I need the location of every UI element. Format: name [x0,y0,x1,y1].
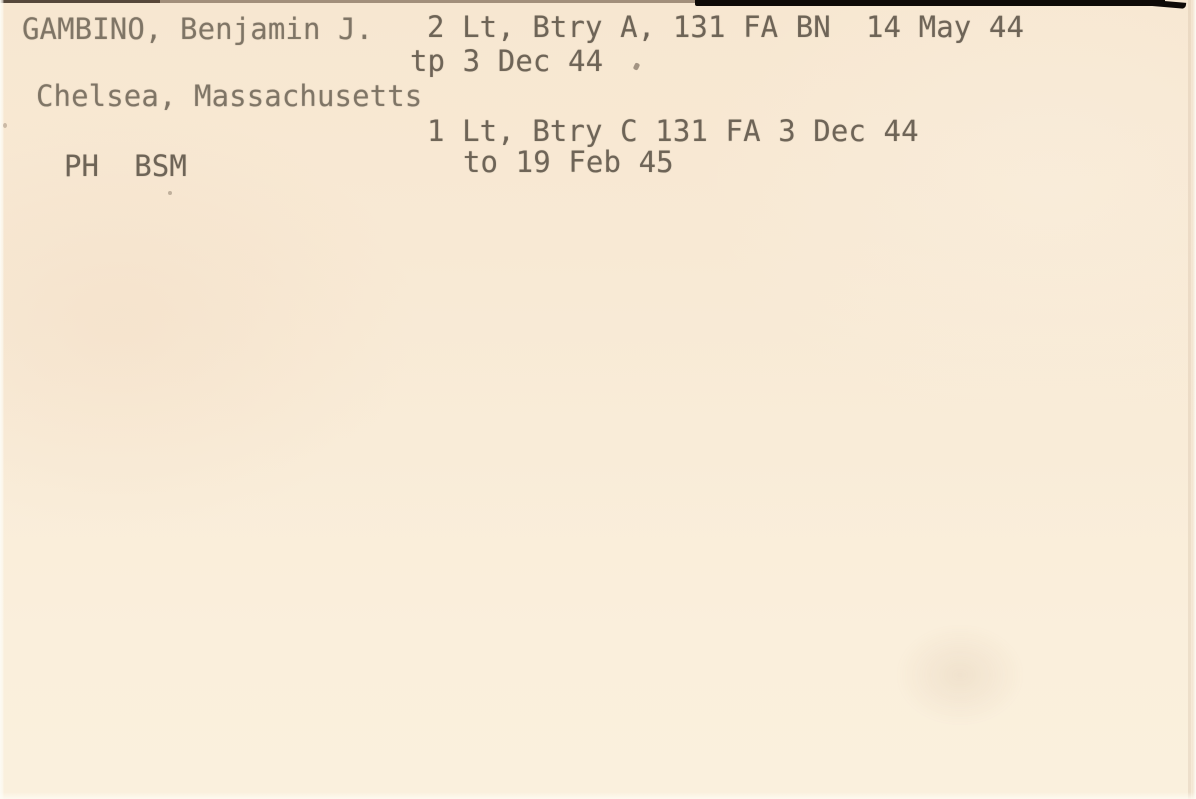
residence: Chelsea, Massachusetts [36,82,422,111]
scan-edge-left [0,0,4,799]
awards-decorations: PH BSM [64,152,187,181]
scanned-index-card: GAMBINO, Benjamin J. 2 Lt, Btry A, 131 F… [0,0,1196,799]
soldier-name: GAMBINO, Benjamin J. [22,15,373,44]
paper-smudge [890,620,1030,730]
service-entry-2-line-2: to 19 Feb 45 [463,148,674,177]
scan-edge-bottom [0,792,1196,799]
service-entry-2-line-1: 1 Lt, Btry C 131 FA 3 Dec 44 [427,117,919,146]
scan-edge-top-left [0,0,160,3]
ink-speck [168,191,172,195]
service-entry-1-line-1: 2 Lt, Btry A, 131 FA BN 14 May 44 [427,13,1024,42]
service-entry-1-line-2: tp 3 Dec 44 [410,47,603,76]
scan-edge-top-corner [1142,0,1186,9]
ink-speck [3,123,7,128]
scan-edge-right [1190,0,1196,799]
scan-edge-top-middle [150,0,710,3]
ink-speck [633,62,640,70]
scan-edge-top-right [695,0,1165,6]
